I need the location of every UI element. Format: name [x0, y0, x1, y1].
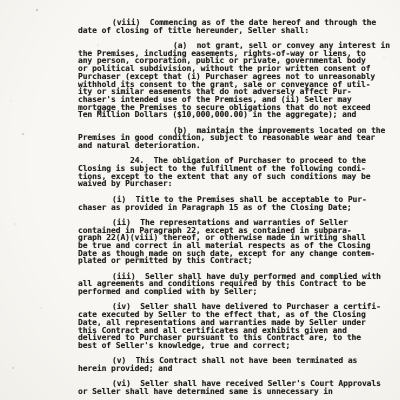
document-text: (viii) Commencing as of the date hereof … — [0, 19, 390, 396]
document-line: plated or permitted by this Contract; — [78, 257, 390, 265]
scan-speck-noise — [0, 0, 2, 2]
document-line: herein provided; and — [78, 365, 390, 373]
document-page: (viii) Commencing as of the date hereof … — [0, 0, 400, 400]
document-line: or Seller shall have determined same is … — [78, 388, 390, 396]
document-line: chaser as provided in Paragraph 15 as of… — [78, 204, 390, 212]
document-line: best of Seller's knowledge, true and cor… — [78, 342, 390, 350]
document-line: performed and complied with by Seller; — [78, 288, 390, 296]
document-line: date of closing of title hereunder, Sell… — [78, 27, 390, 35]
document-line: Ten Million Dollars ($10,000,000.00) in … — [78, 111, 390, 119]
document-line: and natural deterioration. — [78, 142, 390, 150]
document-line: waived by Purchaser: — [78, 180, 390, 188]
